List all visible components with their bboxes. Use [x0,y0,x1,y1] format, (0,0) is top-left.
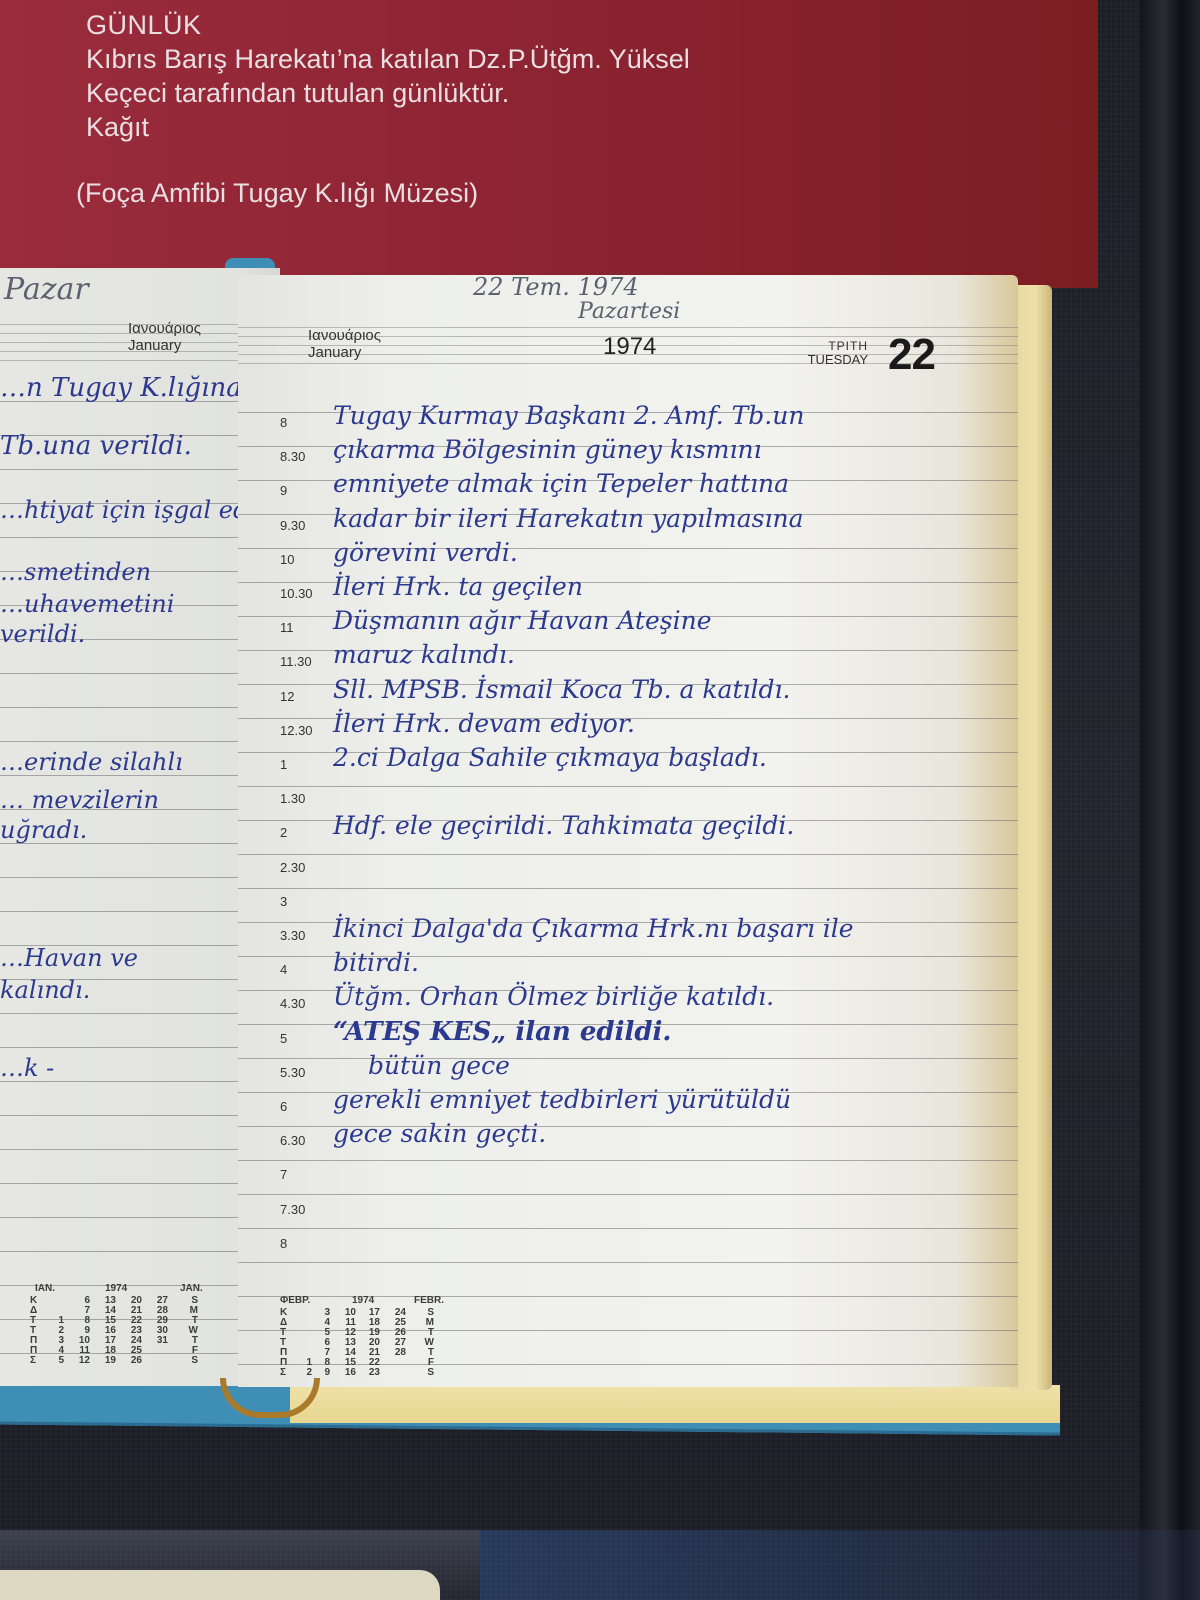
handwritten-day-name: Pazar [4,272,89,307]
glass-shelf-right [480,1530,1200,1600]
month-header: Ιανουάριος January [308,327,381,361]
weekday-english: TUESDAY [793,353,868,367]
handwritten-line: …n Tugay K.lığına [0,373,242,403]
diary-entry-line: İleri Hrk. ta geçilen [333,572,583,601]
mini-calendar-january: IAN. 1974 JAN. K6132027SΔ7142128MT181522… [30,1283,210,1366]
diary-entry-line: bitirdi. [333,948,419,977]
diary-entry-line: bütün gece [368,1051,510,1080]
diary-entry-line: gerekli emniyet tedbirleri yürütüldü [333,1085,791,1114]
mini-calendar-weekday-english: S [406,1368,434,1378]
mini-calendar-weekday-english: S [168,1356,198,1366]
mini-calendar-month-english: FEBR. [414,1295,444,1306]
month-header: Ιανουάριος January [128,320,201,354]
month-english: January [308,344,381,361]
time-slot-label: 2.30 [280,860,305,875]
mini-calendar-day [44,1296,64,1306]
time-slot-label: 4 [280,962,287,977]
handwritten-line: …k - [0,1054,54,1082]
diary-entry-line: görevini verdi. [333,538,518,567]
diary-entry-line: İleri Hrk. devam ediyor. [333,709,635,738]
mini-calendar-header: IAN. 1974 JAN. [30,1283,210,1296]
diary-entry-line: “ATEŞ KES„ ilan edildi. [333,1017,671,1047]
diary-entry-line: emniyete almak için Tepeler hattına [333,469,789,498]
handwritten-line: kalındı. [0,976,90,1004]
mini-calendar-day [294,1328,312,1338]
diary-page-edges [290,1385,1060,1423]
museum-label-source: (Foça Amfibi Tugay K.lığı Müzesi) [76,176,690,210]
mini-calendar-year: 1974 [105,1283,127,1294]
mini-calendar-day [380,1368,406,1378]
diary-entry-line: Düşmanın ağır Havan Ateşine [333,606,712,635]
time-slot-label: 9 [280,483,287,498]
mini-calendar-day [294,1308,312,1318]
time-slot-label: 10 [280,552,294,567]
mini-calendar-weekday-greek: Σ [30,1356,44,1366]
time-slot-label: 12 [280,689,294,704]
weekday-header: ΤΡΙΤΗ TUESDAY [793,340,868,367]
mini-calendar-day: 28 [380,1348,406,1358]
mini-calendar-february: ΦΕΒΡ. 1974 FEBR. K3101724SΔ4111825MT5121… [280,1295,450,1378]
time-slot-label: 7 [280,1167,287,1182]
handwritten-line: Tb.una verildi. [0,431,192,461]
mini-calendar-day [380,1358,406,1368]
display-case-frame [1140,0,1200,1600]
time-slot-label: 6 [280,1099,287,1114]
time-slot-label: 5.30 [280,1065,305,1080]
month-greek: Ιανουάριος [128,320,201,337]
time-slot-label: 11.30 [280,654,312,669]
diary-entry-line: Ütğm. Orhan Ölmez birliğe katıldı. [333,982,774,1011]
time-slot-label: 1 [280,757,287,772]
museum-label-description-2: Keçeci tarafından tutulan günlüktür. [86,76,690,110]
time-slot-label: 3.30 [280,928,305,943]
time-slot-label: 8 [280,415,287,430]
museum-label-card: GÜNLÜK Kıbrıs Barış Harekatı’na katılan … [0,0,1098,288]
mini-calendar-header: ΦΕΒΡ. 1974 FEBR. [280,1295,450,1308]
month-english: January [128,337,201,354]
mini-calendar-day [142,1356,168,1366]
month-greek: Ιανουάριος [308,327,381,344]
diary-entry-line: çıkarma Bölgesinin güney kısmını [333,435,762,464]
mini-calendar-grid: K3101724SΔ4111825MT5121926TT6132027WΠ714… [280,1308,450,1378]
mini-calendar-year: 1974 [352,1295,374,1306]
diary-right-page: 22 Tem. 1974 Pazartesi Ιανουάριος Januar… [238,275,1018,1387]
printed-year: 1974 [603,333,656,361]
diary-entry-line: Hdf. ele geçirildi. Tahkimata geçildi. [333,811,794,840]
diary-entry-line: Tugay Kurmay Başkanı 2. Amf. Tb.un [333,401,804,430]
mini-calendar-month-english: JAN. [180,1283,203,1294]
mini-calendar-day [294,1338,312,1348]
diary-entry-line: Sll. MPSB. İsmail Koca Tb. a katıldı. [333,675,790,704]
mini-calendar-day: 5 [44,1356,64,1366]
time-slot-label: 8.30 [280,449,305,464]
handwritten-line: … mevzilerin [0,786,159,814]
handwritten-line: …smetinden [0,558,151,586]
time-slot-label: 11 [280,620,294,635]
time-slot-label: 1.30 [280,791,305,806]
handwritten-line: verildi. [0,620,85,648]
time-slot-label: 2 [280,825,287,840]
mini-calendar-grid: K6132027SΔ7142128MT18152229TT29162330WΠ3… [30,1296,210,1366]
time-slot-label: 12.30 [280,723,313,738]
mini-calendar-day: 31 [142,1336,168,1346]
mini-calendar-day: 26 [116,1356,142,1366]
museum-label-material: Kağıt [86,110,690,144]
mini-calendar-day: 23 [356,1368,380,1378]
diary-entry-line: İkinci Dalga'da Çıkarma Hrk.nı başarı il… [333,914,854,943]
time-slot-label: 9.30 [280,518,305,533]
time-slot-label: 6.30 [280,1133,305,1148]
diary-entry-line: gece sakin geçti. [333,1119,546,1148]
handwritten-date: 22 Tem. 1974 [473,275,639,301]
time-slot-label: 7.30 [280,1202,305,1217]
foreground-card [0,1570,440,1600]
diary-entry-line: kadar bir ileri Harekatın yapılmasına [333,504,804,533]
handwritten-weekday: Pazartesi [578,299,680,324]
mini-calendar-day [142,1346,168,1356]
time-slot-label: 8 [280,1236,287,1251]
mini-calendar-day [294,1318,312,1328]
mini-calendar-month-greek: IAN. [35,1283,55,1294]
museum-label-description-1: Kıbrıs Barış Harekatı’na katılan Dz.P.Üt… [86,42,690,76]
handwritten-line: …erinde silahlı [0,748,183,776]
mini-calendar-month-greek: ΦΕΒΡ. [280,1295,310,1306]
museum-label-text: GÜNLÜK Kıbrıs Barış Harekatı’na katılan … [86,8,690,210]
handwritten-line: …Havan ve [0,944,138,972]
mini-calendar-day: 9 [312,1368,330,1378]
handwritten-line: uğradı. [0,816,87,844]
mini-calendar-weekday-greek: Σ [280,1368,294,1378]
time-slot-label: 4.30 [280,996,305,1011]
time-slot-label: 3 [280,894,287,909]
museum-label-title: GÜNLÜK [86,8,690,42]
mini-calendar-day: 12 [64,1356,90,1366]
mini-calendar-day: 16 [330,1368,356,1378]
mini-calendar-day: 19 [90,1356,116,1366]
diary-entry-line: maruz kalındı. [333,640,515,669]
time-slot-label: 5 [280,1031,287,1046]
mini-calendar-day: 2 [294,1368,312,1378]
diary-entry-line: 2.ci Dalga Sahile çıkmaya başladı. [333,743,767,772]
printed-day-number: 22 [888,330,935,380]
time-slot-label: 10.30 [280,586,313,601]
handwritten-line: …uhavemetini [0,590,174,618]
